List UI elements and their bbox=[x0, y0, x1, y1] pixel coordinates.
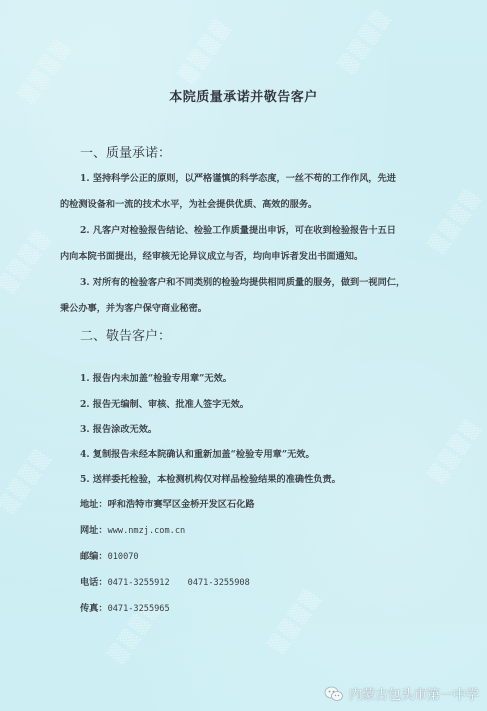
commitment-item-3-line2: 秉公办事，并为客户保守商业秘密。 bbox=[60, 303, 207, 314]
wechat-account-name: 内蒙古包头市第一中学 bbox=[349, 684, 479, 703]
postcode-label: 邮编： bbox=[80, 551, 108, 562]
contact-website: 网址：www.nmzj.com.cn bbox=[80, 522, 185, 536]
postcode-value: 010070 bbox=[108, 552, 139, 562]
commitment-item-1: 1. 坚持科学公正的原则，以严格谨慎的科学态度，一丝不苟的工作作风，先进 bbox=[80, 166, 396, 192]
commitment-item-3: 3. 对所有的检验客户和不同类别的检验均提供相同质量的服务，做到一视同仁， bbox=[80, 270, 405, 296]
commitment-item-2-line2: 内向本院书面提出，经审核无论异议成立与否，均向申诉者发出书面通知。 bbox=[60, 251, 363, 262]
wechat-account-watermark: 内蒙古包头市第一中学 bbox=[324, 684, 479, 703]
commitment-item-2-cont: 内向本院书面提出，经审核无论异议成立与否，均向申诉者发出书面通知。 bbox=[60, 244, 363, 270]
commitment-item-3-line1: 3. 对所有的检验客户和不同类别的检验均提供相同质量的服务，做到一视同仁， bbox=[80, 277, 405, 288]
section-heading-quality-commitment: 一、质量承诺： bbox=[80, 142, 171, 161]
contact-fax: 传真：0471-3255965 bbox=[80, 600, 170, 614]
address-value: 呼和浩特市赛罕区金桥开发区石化路 bbox=[108, 499, 255, 510]
commitment-item-1-line1: 1. 坚持科学公正的原则，以严格谨慎的科学态度，一丝不苟的工作作风，先进 bbox=[80, 173, 396, 184]
fax-value: 0471-3255965 bbox=[108, 604, 170, 614]
notice-item-1: 1. 报告内未加盖“检验专用章”无效。 bbox=[80, 370, 232, 384]
commitment-item-2-line1: 2. 凡客户对检验报告结论、检验工作质量提出申诉，可在收到检验报告十五日 bbox=[80, 225, 396, 236]
document-page: 本院质量承诺并敬告客户 一、质量承诺： 1. 坚持科学公正的原则，以严格谨慎的科… bbox=[0, 0, 487, 711]
commitment-item-2: 2. 凡客户对检验报告结论、检验工作质量提出申诉，可在收到检验报告十五日 bbox=[80, 218, 396, 244]
phone-value-1: 0471-3255912 bbox=[108, 578, 170, 588]
section-heading-customer-notice: 二、敬告客户： bbox=[80, 325, 171, 344]
notice-item-2: 2. 报告无编制、审核、批准人签字无效。 bbox=[80, 396, 249, 410]
notice-item-5: 5. 送样委托检验，本检测机构仅对样品检验结果的准确性负责。 bbox=[80, 471, 341, 485]
contact-postcode: 邮编：010070 bbox=[80, 548, 139, 562]
commitment-item-1-cont: 的检测设备和一流的技术水平，为社会提供优质、高效的服务。 bbox=[60, 192, 317, 218]
notice-item-4: 4. 复制报告未经本院确认和重新加盖“检验专用章”无效。 bbox=[80, 446, 315, 460]
wechat-icon bbox=[324, 686, 344, 702]
fax-label: 传真： bbox=[80, 603, 108, 614]
notice-item-3: 3. 报告涂改无效。 bbox=[80, 421, 157, 435]
website-value: www.nmzj.com.cn bbox=[108, 526, 186, 536]
address-label: 地址： bbox=[80, 499, 108, 510]
commitment-item-1-line2: 的检测设备和一流的技术水平，为社会提供优质、高效的服务。 bbox=[60, 199, 317, 210]
contact-phone: 电话：0471-32559120471-3255908 bbox=[80, 574, 250, 588]
document-title: 本院质量承诺并敬告客户 bbox=[0, 86, 487, 105]
phone-value-2: 0471-3255908 bbox=[188, 578, 250, 588]
phone-label: 电话： bbox=[80, 577, 108, 588]
contact-address: 地址：呼和浩特市赛罕区金桥开发区石化路 bbox=[80, 496, 255, 510]
website-label: 网址： bbox=[80, 525, 108, 536]
commitment-item-3-cont: 秉公办事，并为客户保守商业秘密。 bbox=[60, 296, 207, 322]
